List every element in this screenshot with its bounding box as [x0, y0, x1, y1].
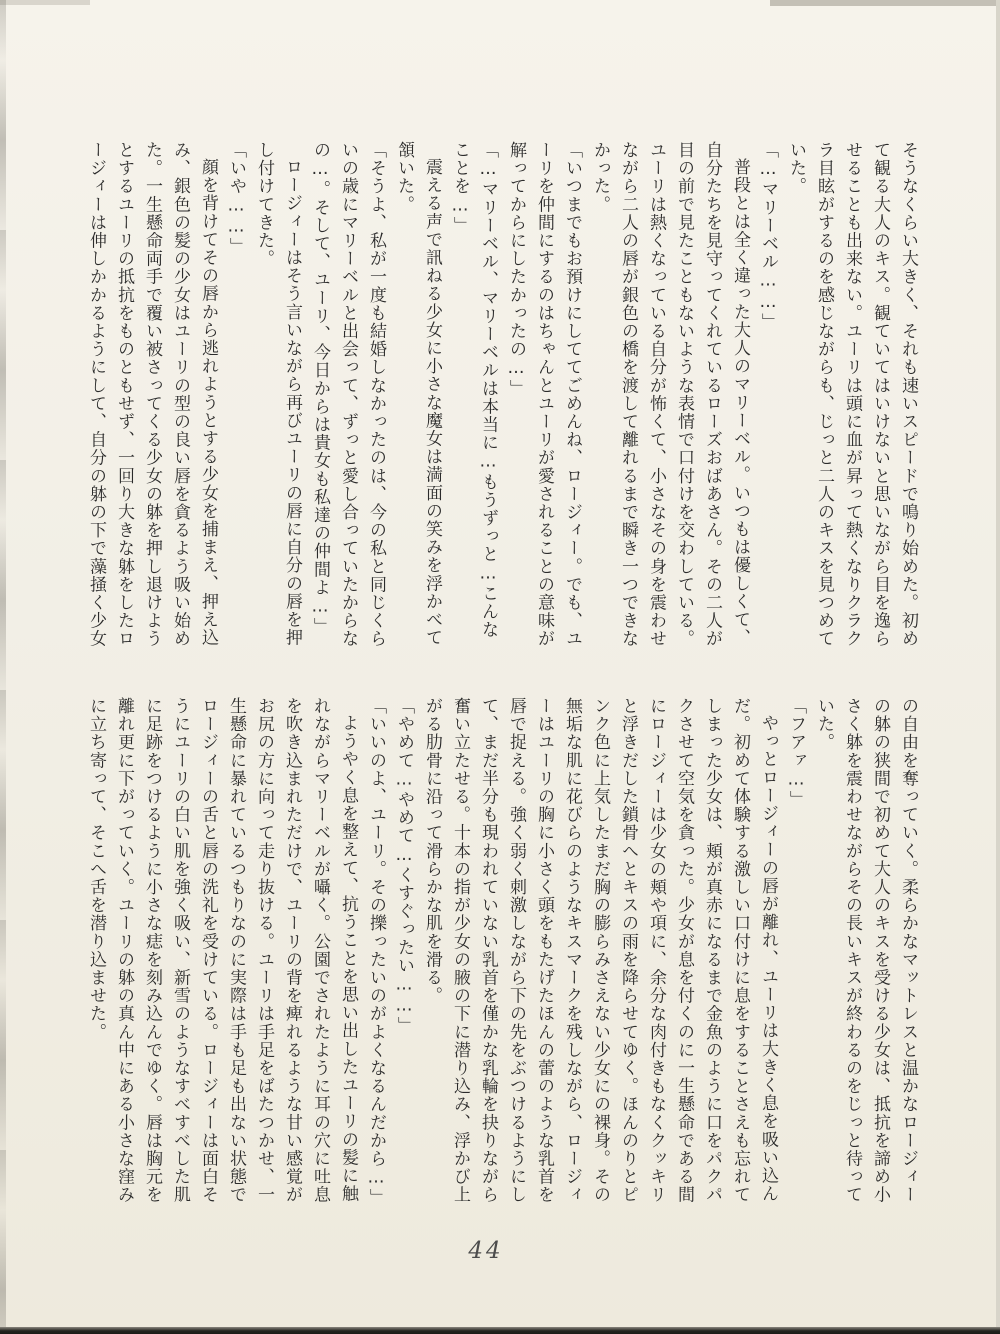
paragraph: やっとロージィーの唇が離れ、ユーリは大きく息を吸い込んだ。初めて体験する激しい口…: [418, 697, 782, 1206]
scan-edge-top-right: [770, 0, 1000, 6]
paragraph: 「いつまでもお預けにしててごめんね、ロージィー。でも、ユーリを仲間にするのはちゃ…: [502, 141, 586, 650]
paragraph: ロージィーはそう言いながら再びユーリの唇に自分の唇を押し付けてきた。: [250, 141, 306, 650]
paragraph: 普段とは全く違った大人のマリーベル。いつもは優しくて、自分たちを見守ってくれてい…: [586, 141, 754, 650]
scan-edge-left: [0, 0, 6, 1334]
paragraph: 「…マリーベル……」: [754, 141, 782, 650]
paragraph: 「…マリーベル、マリーベルは本当に…もうずっと…こんなことを…」: [446, 141, 502, 650]
scan-edge-top-left: [0, 0, 90, 5]
paragraph: 「いいのよ、ユーリ。その擽ったいのがよくなるんだから…」: [362, 697, 390, 1206]
scan-edge-right: [996, 0, 1000, 1334]
paragraph: そうなくらい大きく、それも速いスピードで鳴り始めた。初めて観る大人のキス。観てい…: [782, 141, 922, 650]
paragraph: 「やめて…やめて…くすぐったい……」: [390, 697, 418, 1206]
page-number: 44: [0, 1238, 986, 1264]
scan-edge-bottom: [0, 1327, 1000, 1334]
vertical-text-block-top: そうなくらい大きく、それも速いスピードで鳴り始めた。初めて観る大人のキス。観てい…: [78, 141, 922, 650]
vertical-text-block-bottom: の自由を奪っていく。柔らかなマットレスと温かなロージィーの躰の狭間で初めて大人の…: [78, 697, 922, 1206]
paragraph: 「いや……」: [222, 141, 250, 650]
paragraph: 顔を背けてその唇から逃れようとする少女を捕まえ、押え込み、銀色の髪の少女はユーリ…: [82, 141, 222, 650]
paragraph: 「そうよ、私が一度も結婚しなかったのは、今の私と同じくらいの歳にマリーベルと出会…: [306, 141, 390, 650]
paragraph: の自由を奪っていく。柔らかなマットレスと温かなロージィーの躰の狭間で初めて大人の…: [810, 697, 922, 1206]
paragraph: ようやく息を整えて、抗うことを思い出したユーリの髪に触れながらマリーベルが囁く。…: [82, 697, 362, 1206]
paragraph: 震える声で訊ねる少女に小さな魔女は満面の笑みを浮かべて頷いた。: [390, 141, 446, 650]
scanned-book-page: そうなくらい大きく、それも速いスピードで鳴り始めた。初めて観る大人のキス。観てい…: [0, 0, 1000, 1334]
paragraph: 「フアァ…」: [782, 697, 810, 1206]
